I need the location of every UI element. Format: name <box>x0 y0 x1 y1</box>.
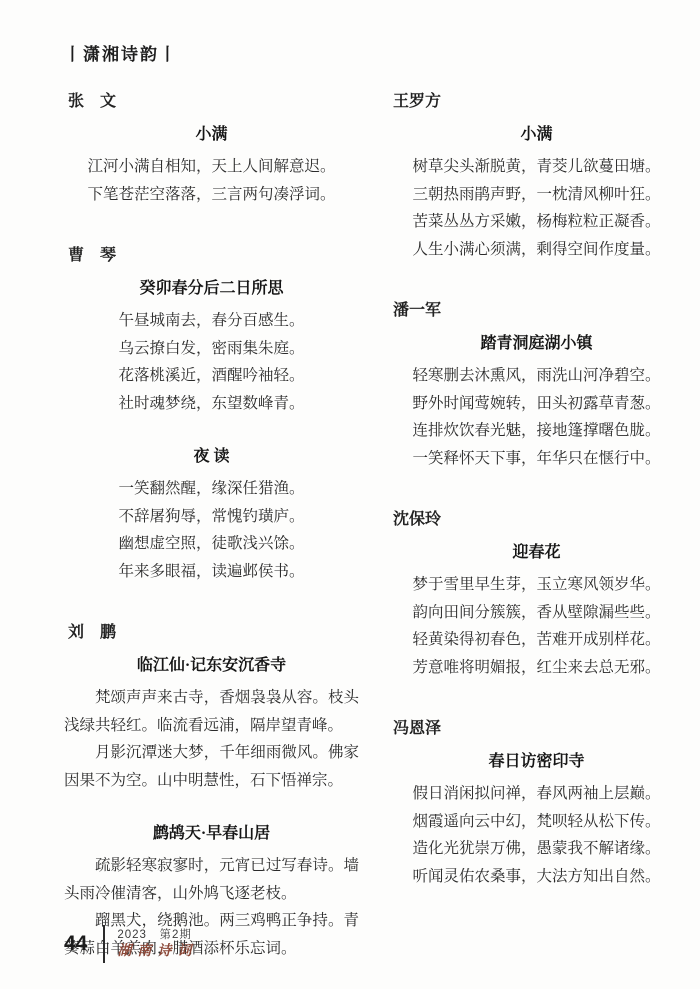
poem-title: 小满 <box>64 121 359 149</box>
poem: 踏青洞庭湖小镇 轻寒删去沐熏风，雨洗山河净碧空。 野外时闻莺婉转，田头初露草青葱… <box>389 330 684 472</box>
author-block: 潘一军 踏青洞庭湖小镇 轻寒删去沐熏风，雨洗山河净碧空。 野外时闻莺婉转，田头初… <box>389 297 684 472</box>
poem-line: 江河小满自相知，天上人间解意迟。 <box>64 153 359 181</box>
page-footer: 44 2023 第2期 湖南诗词 <box>64 925 197 963</box>
poem-line: 梦于雪里早生芽，玉立寒风领岁华。 <box>389 571 684 599</box>
poem-title: 夜 读 <box>64 443 359 471</box>
poem-title: 踏青洞庭湖小镇 <box>389 330 684 358</box>
issue-info: 2023 第2期 <box>117 927 197 943</box>
column-left: 张 文 小满 江河小满自相知，天上人间解意迟。 下笔苍茫空落落，三言两句凑浮词。… <box>64 74 359 962</box>
poem-line: 烟霞遥向云中幻，梵呗轻从松下传。 <box>389 808 684 836</box>
poem-line: 乌云撩白发，密雨集朱庭。 <box>64 335 359 363</box>
poem-line: 一笑释怀天下事，年华只在惬行中。 <box>389 445 684 473</box>
journal-page: 丨潇湘诗韵丨 张 文 小满 江河小满自相知，天上人间解意迟。 下笔苍茫空落落，三… <box>0 0 700 989</box>
author-name: 刘 鹏 <box>68 619 359 642</box>
author-block: 张 文 小满 江河小满自相知，天上人间解意迟。 下笔苍茫空落落，三言两句凑浮词。 <box>64 88 359 208</box>
poem-line: 一笑翻然醒，缘深任猎渔。 <box>64 475 359 503</box>
poem-line: 假日消闲拟问禅，春风两袖上层巅。 <box>389 780 684 808</box>
footer-divider <box>103 925 105 963</box>
poem-title: 鹧鸪天·早春山居 <box>64 820 359 848</box>
poem-line: 不辞屠狗辱，常愧钓璜庐。 <box>64 503 359 531</box>
author-block: 王罗方 小满 树草尖头渐脱黄，青茭儿欲蔓田塘。 三朝热雨鹃声野，一枕清风柳叶狂。… <box>389 88 684 263</box>
poem: 临江仙·记东安沉香寺 梵颂声声来古寺，香烟袅袅从容。枝头浅绿共轻红。临流看远浦，… <box>64 652 359 794</box>
poem-line: 幽想虚空照，徒歌浅兴馀。 <box>64 530 359 558</box>
poem-line: 下笔苍茫空落落，三言两句凑浮词。 <box>64 181 359 209</box>
journal-name: 湖南诗词 <box>117 943 197 961</box>
section-header: 丨潇湘诗韵丨 <box>64 40 178 65</box>
column-right: 王罗方 小满 树草尖头渐脱黄，青茭儿欲蔓田塘。 三朝热雨鹃声野，一枕清风柳叶狂。… <box>389 74 684 962</box>
poem-line: 树草尖头渐脱黄，青茭儿欲蔓田塘。 <box>389 153 684 181</box>
author-block: 冯恩泽 春日访密印寺 假日消闲拟问禅，春风两袖上层巅。 烟霞遥向云中幻，梵呗轻从… <box>389 715 684 890</box>
issue-block: 2023 第2期 湖南诗词 <box>117 927 197 961</box>
page-content: 张 文 小满 江河小满自相知，天上人间解意迟。 下笔苍茫空落落，三言两句凑浮词。… <box>64 74 684 962</box>
author-name: 冯恩泽 <box>393 715 684 738</box>
author-name: 曹 琴 <box>68 242 359 265</box>
poem-line: 轻寒删去沐熏风，雨洗山河净碧空。 <box>389 362 684 390</box>
author-block: 刘 鹏 临江仙·记东安沉香寺 梵颂声声来古寺，香烟袅袅从容。枝头浅绿共轻红。临流… <box>64 619 359 962</box>
poem-line: 野外时闻莺婉转，田头初露草青葱。 <box>389 390 684 418</box>
poem-line: 韵向田间分簇簇，香从壁隙漏些些。 <box>389 599 684 627</box>
poem: 春日访密印寺 假日消闲拟问禅，春风两袖上层巅。 烟霞遥向云中幻，梵呗轻从松下传。… <box>389 748 684 890</box>
poem-title: 小满 <box>389 121 684 149</box>
poem-title: 春日访密印寺 <box>389 748 684 776</box>
poem-line: 人生小满心须满，剩得空间作度量。 <box>389 236 684 264</box>
poem-title: 临江仙·记东安沉香寺 <box>64 652 359 680</box>
poem-line: 轻黄染得初春色，苦难开成别样花。 <box>389 626 684 654</box>
ci-paragraph: 疏影轻寒寂寥时，元宵已过写春诗。墙头雨冷催清客，山外鸠飞逐老枝。 <box>64 852 359 907</box>
poem: 小满 树草尖头渐脱黄，青茭儿欲蔓田塘。 三朝热雨鹃声野，一枕清风柳叶狂。 苦菜丛… <box>389 121 684 263</box>
poem-line: 社时魂梦绕，东望数峰青。 <box>64 390 359 418</box>
author-name: 沈保玲 <box>393 506 684 529</box>
author-name: 潘一军 <box>393 297 684 320</box>
poem-line: 芳意唯将明媚报，红尘来去总无邪。 <box>389 654 684 682</box>
author-block: 曹 琴 癸卯春分后二日所思 午昼城南去，春分百感生。 乌云撩白发，密雨集朱庭。 … <box>64 242 359 585</box>
ci-paragraph: 月影沉潭迷大梦，千年细雨微风。佛家因果不为空。山中明慧性，石下悟禅宗。 <box>64 739 359 794</box>
poem-line: 苦菜丛丛方采嫩，杨梅粒粒正凝香。 <box>389 208 684 236</box>
poem-line: 花落桃溪近，酒醒吟袖轻。 <box>64 362 359 390</box>
poem-line: 造化光犹崇万佛，愚蒙我不解诸缘。 <box>389 835 684 863</box>
author-block: 沈保玲 迎春花 梦于雪里早生芽，玉立寒风领岁华。 韵向田间分簇簇，香从壁隙漏些些… <box>389 506 684 681</box>
ci-paragraph: 梵颂声声来古寺，香烟袅袅从容。枝头浅绿共轻红。临流看远浦，隔岸望青峰。 <box>64 684 359 739</box>
author-name: 王罗方 <box>393 88 684 111</box>
poem-line: 午昼城南去，春分百感生。 <box>64 307 359 335</box>
poem-line: 年来多眼福，读遍邺侯书。 <box>64 558 359 586</box>
poem-title: 癸卯春分后二日所思 <box>64 275 359 303</box>
poem-title: 迎春花 <box>389 539 684 567</box>
poem: 小满 江河小满自相知，天上人间解意迟。 下笔苍茫空落落，三言两句凑浮词。 <box>64 121 359 208</box>
author-name: 张 文 <box>68 88 359 111</box>
poem: 夜 读 一笑翻然醒，缘深任猎渔。 不辞屠狗辱，常愧钓璜庐。 幽想虚空照，徒歌浅兴… <box>64 443 359 585</box>
poem-line: 三朝热雨鹃声野，一枕清风柳叶狂。 <box>389 181 684 209</box>
poem: 迎春花 梦于雪里早生芽，玉立寒风领岁华。 韵向田间分簇簇，香从壁隙漏些些。 轻黄… <box>389 539 684 681</box>
page-number: 44 <box>64 932 87 956</box>
poem: 癸卯春分后二日所思 午昼城南去，春分百感生。 乌云撩白发，密雨集朱庭。 花落桃溪… <box>64 275 359 417</box>
poem-line: 听闻灵佑农桑事，大法方知出自然。 <box>389 863 684 891</box>
poem-line: 连排炊饮春光魅，接地篷撑曙色胧。 <box>389 417 684 445</box>
